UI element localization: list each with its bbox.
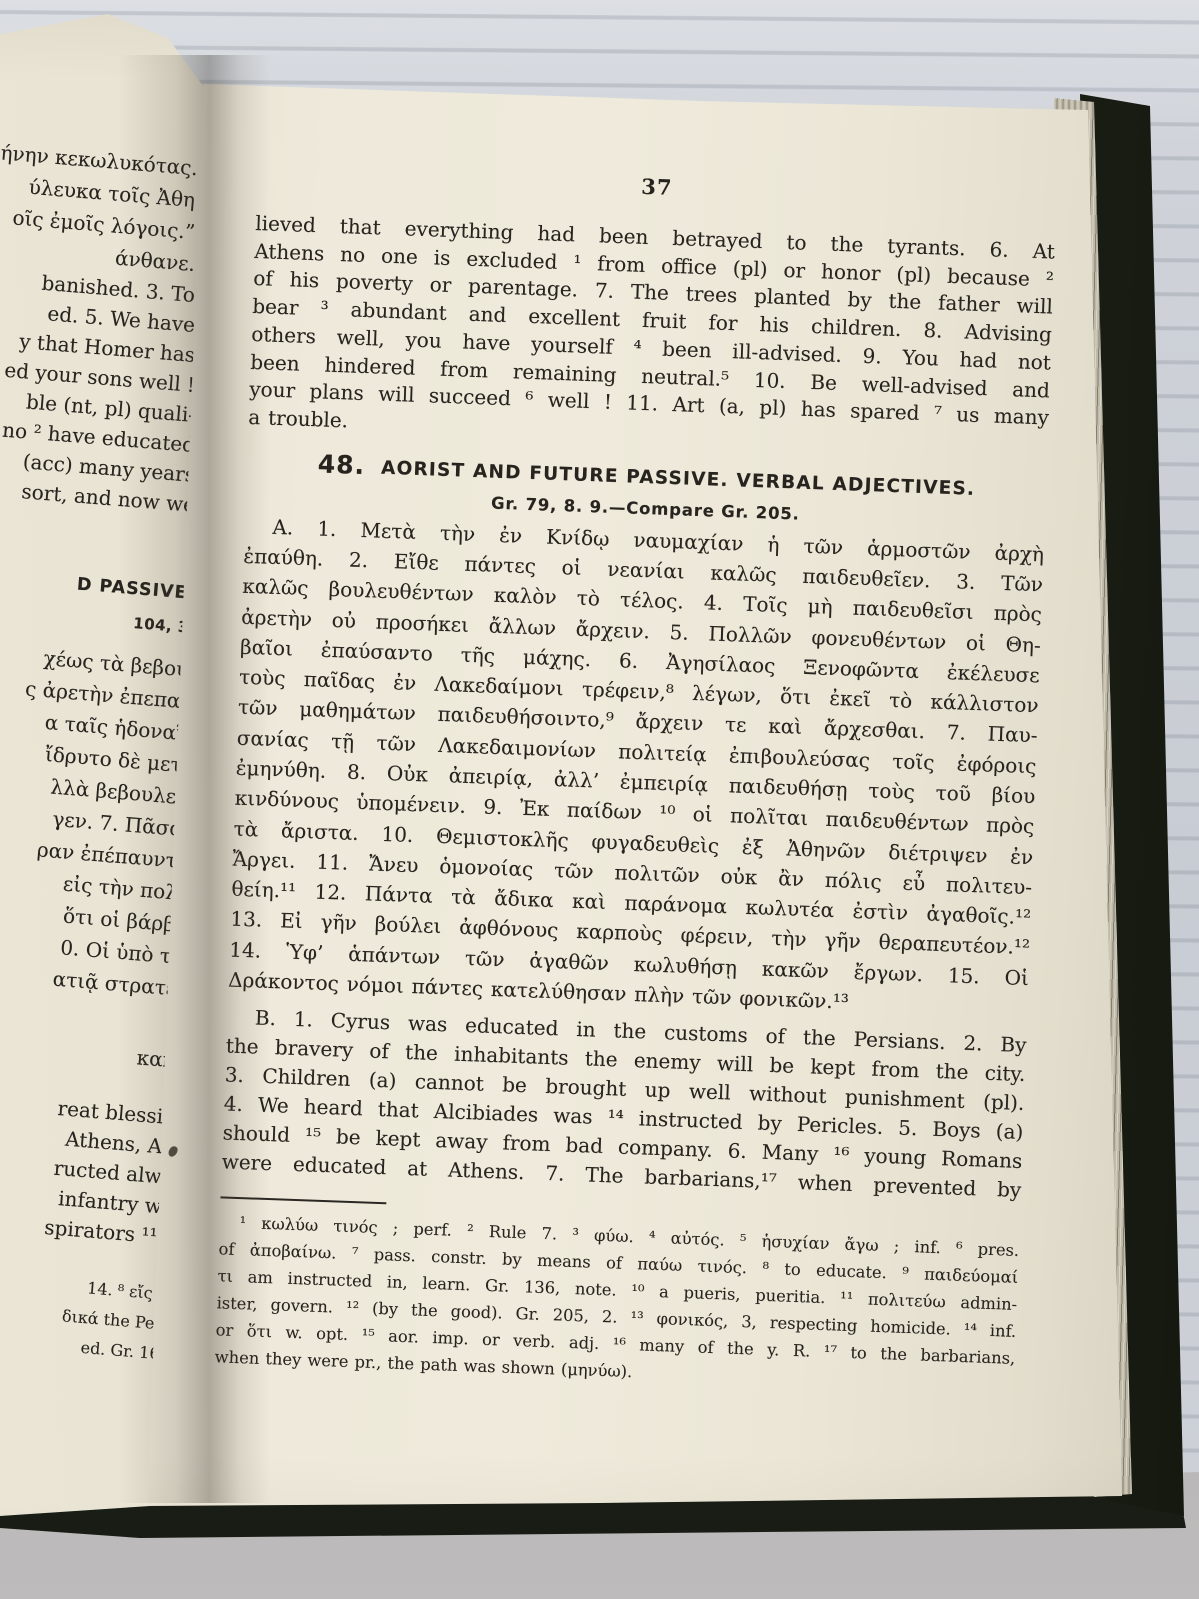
page-number: 37: [257, 148, 1058, 217]
greek-exercise-paragraph: Α. 1. Μετὰ τὴν ἐν Κνίδῳ ναυμαχίαν ἡ τῶν …: [228, 510, 1045, 1023]
section-number: 48.: [317, 449, 365, 480]
english-exercise-paragraph: B. 1. Cyrus was educated in the customs …: [221, 1003, 1027, 1206]
photo-open-book: ήνην κεκωλυκότας.ύλευκα τοῖς Ἀθηοῖς ἐμοῖ…: [0, 0, 1199, 1599]
footnote-rule: [220, 1197, 386, 1205]
right-page-content: 37 lieved that everything had been betra…: [214, 148, 1057, 1399]
intro-paragraph: lieved that everything had been betrayed…: [248, 210, 1055, 460]
footnote-block: ¹ κωλύω τινός ; perf. ² Rule 7. ³ φύω. ⁴…: [214, 1209, 1019, 1400]
